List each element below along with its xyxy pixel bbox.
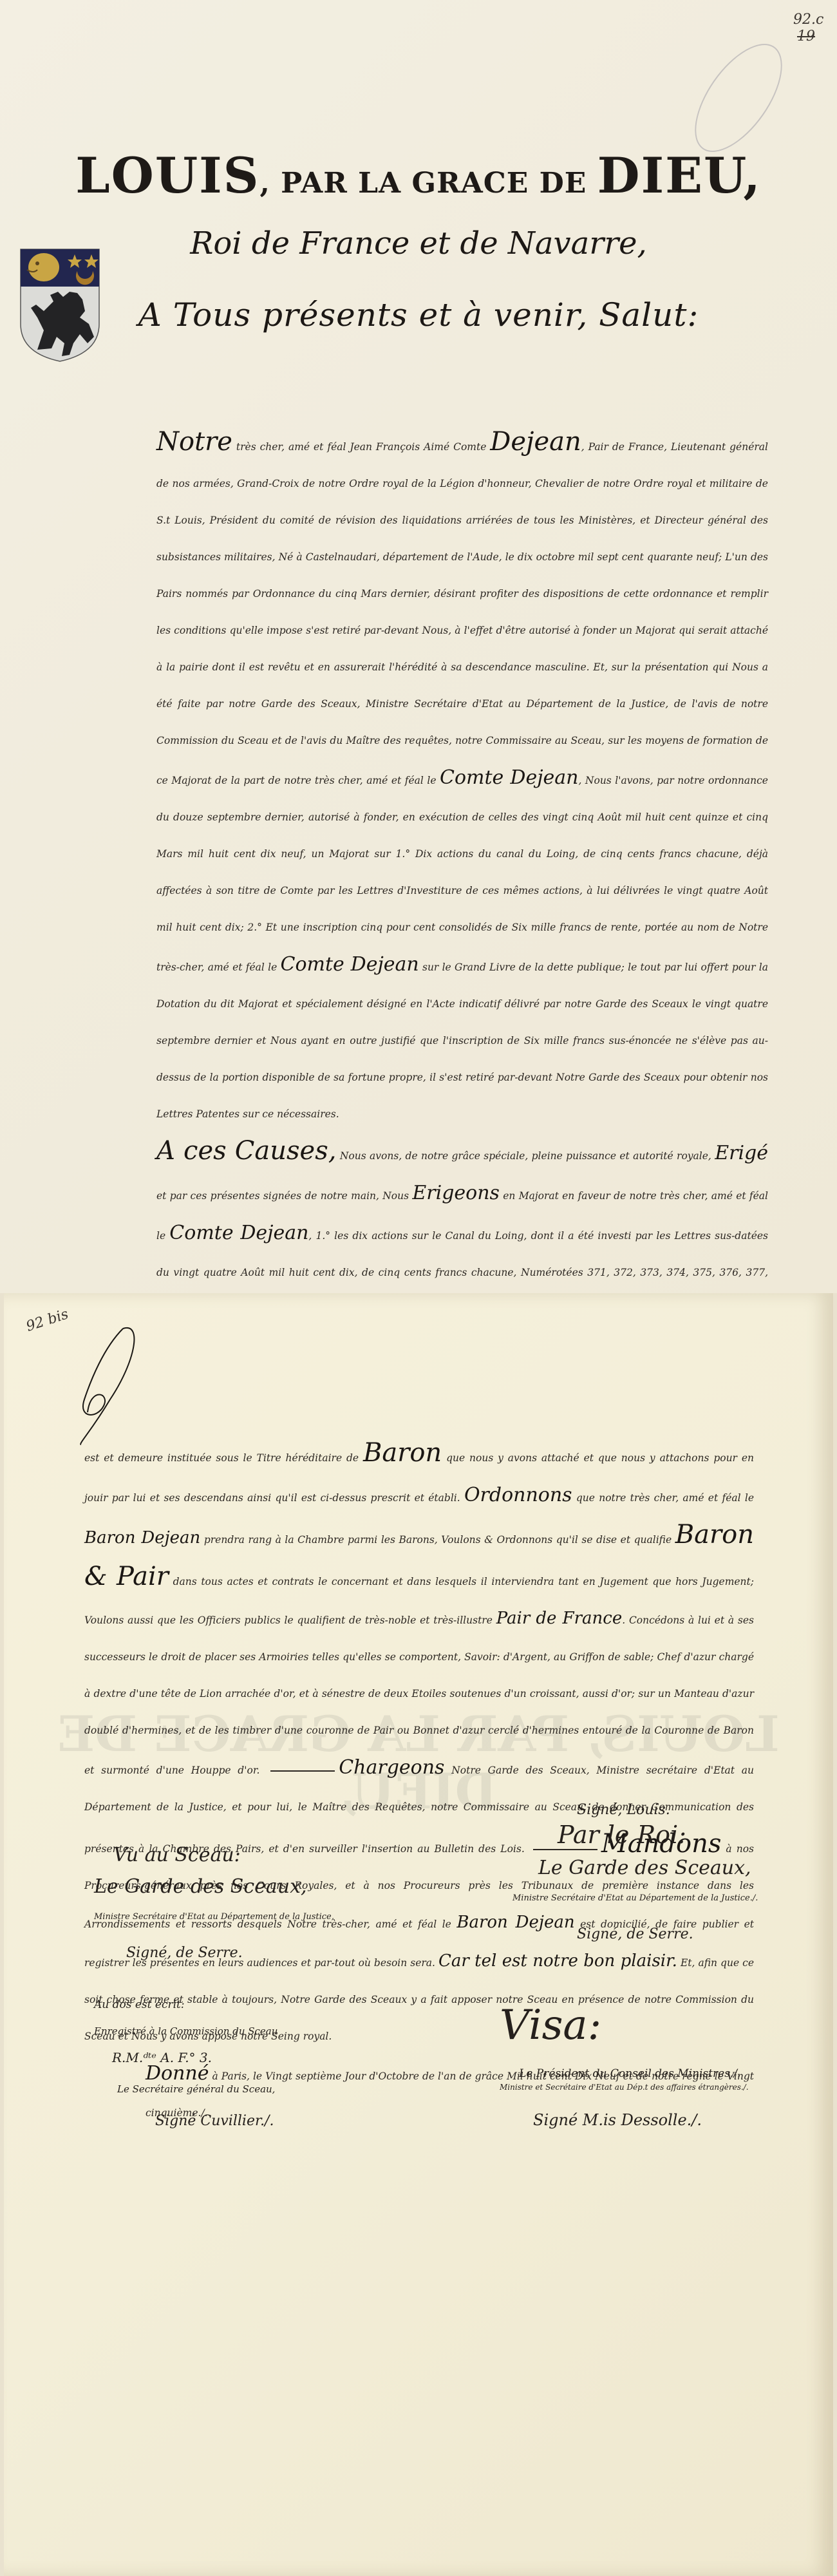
signed-dessolle: Signé M.is Dessolle./. [500,2111,749,2129]
dash-rule [270,1770,335,1772]
title-dieu: DIEU [597,147,744,204]
secretaire-general: Le Secrétaire général du Sceau, [94,2083,277,2095]
body-text-page-1: Notre très cher, amé et féal Jean Franço… [95,424,768,1293]
title-middle: , PAR LA GRACE DE [260,167,597,200]
text-segment: que notre très cher, amé et féal le [572,1492,754,1504]
archive-number-2: 92 bis [24,1306,71,1336]
document-page-1: 92.c 19 LOUIS, PAR LA GRACE DE DIEU, Roi… [0,0,837,1293]
signature-block-dos: Au dos est écrit: Enregistré à la Commis… [94,1998,277,2129]
president-conseil: Le Président du Conseil des Ministres./. [500,2067,749,2080]
archive-number: 92.c 19 [793,12,823,46]
word-chargeons: Chargeons [339,1756,444,1779]
document-page-2: 92 bis LOUIS, PAR LA GRACE DE DIEU, est … [4,1293,833,2576]
word-erige: Erigé [715,1142,768,1164]
signed-de-serre: Signé, de Serre. [538,1926,758,1942]
word-baron: Baron [363,1438,442,1468]
vu-au-sceau: Vu au Sceau: [94,1844,334,1866]
word-erigeons: Erigeons [412,1182,500,1204]
name-comte-dejean: Comte Dejean [281,953,419,976]
signed-de-serre: Signé, de Serre. [94,1945,334,1961]
signature-block-sceau: Vu au Sceau: Le Garde des Sceaux, Minist… [94,1844,334,1961]
text-segment: Nous avons, de notre grâce spéciale, ple… [336,1150,715,1162]
registry-reference: R.M.ᵈᵗᵉ A. F.° 3. [94,2050,277,2065]
name-comte-dejean: Comte Dejean [440,766,578,789]
enregistre-commission: Enregistré à la Commission du Sceau [94,2025,277,2037]
paragraph-notre: Notre très cher, amé et féal Jean Franço… [95,424,768,1133]
text-segment: sur le Grand Livre de la dette publique;… [156,961,768,1120]
phrase-bon-plaisir: Car tel est notre bon plaisir. [438,1951,677,1971]
title-comma: , [743,147,761,204]
text-segment: , Pair de France, Lieutenant général de … [156,441,768,786]
archive-subnumber-text: 19 [793,28,815,44]
lead-word-notre: Notre [156,427,232,457]
text-segment: est et demeure instituée sous le Titre h… [84,1452,363,1464]
pencil-paraph-icon [678,30,799,167]
ministre-affaires-etrangeres: Ministre et Secrétaire d'Etat au Dép.t d… [500,2083,749,2092]
visa-heading: Visa: [500,2002,749,2049]
roi-line: Roi de France et de Navarre, [0,225,837,261]
signed-cuvillier: Signé Cuvillier./. [94,2113,277,2129]
phrase-pair-de-france: Pair de France [496,1609,623,1628]
garde-des-sceaux: Le Garde des Sceaux, [94,1875,334,1898]
signed-louis: Signé, Louis. [538,1802,758,1818]
paragraph-baron: est et demeure instituée sous le Titre h… [84,1435,754,2055]
text-segment: . Concédons à lui et à ses successeurs l… [84,1615,754,1776]
coat-of-arms-icon [18,247,102,363]
archive-number-text: 92.c [793,12,823,28]
garde-des-sceaux: Le Garde des Sceaux, [538,1857,758,1879]
paragraph-a-ces-causes: A ces Causes, Nous avons, de notre grâce… [95,1133,768,1293]
paraph-flourish-icon [65,1322,162,1451]
lead-a-ces-causes: A ces Causes, [156,1136,336,1166]
par-le-roi: Par le Roi: [538,1821,758,1849]
word-ordonnons: Ordonnons [464,1484,572,1506]
text-segment: , Nous l'avons, par notre ordonnance du … [156,775,768,973]
ministre-justice: Ministre Secrétaire d'Etat au Départemen… [94,1912,334,1922]
title-louis: LOUIS [75,147,259,204]
text-segment: prendra rang à la Chambre parmi les Baro… [200,1534,675,1546]
au-dos-est-ecrit: Au dos est écrit: [94,1998,277,2011]
text-segment: très cher, amé et féal Jean François Aim… [236,441,490,453]
name-baron-dejean: Baron Dejean [84,1528,200,1548]
signature-block-roi: Signé, Louis. Par le Roi: Le Garde des S… [538,1802,758,1942]
page-title: LOUIS, PAR LA GRACE DE DIEU, [0,147,837,204]
text-segment: et par ces présentes signées de notre ma… [156,1190,412,1202]
ministre-justice: Ministre Secrétaire d'Etat au Départemen… [513,1893,758,1903]
signature-block-visa: Visa: Le Président du Conseil des Minist… [500,2002,749,2129]
salut-line: A Tous présents et à venir, Salut: [0,296,837,334]
name-comte-dejean: Comte Dejean [169,1222,308,1244]
name-dejean: Dejean [490,427,581,457]
